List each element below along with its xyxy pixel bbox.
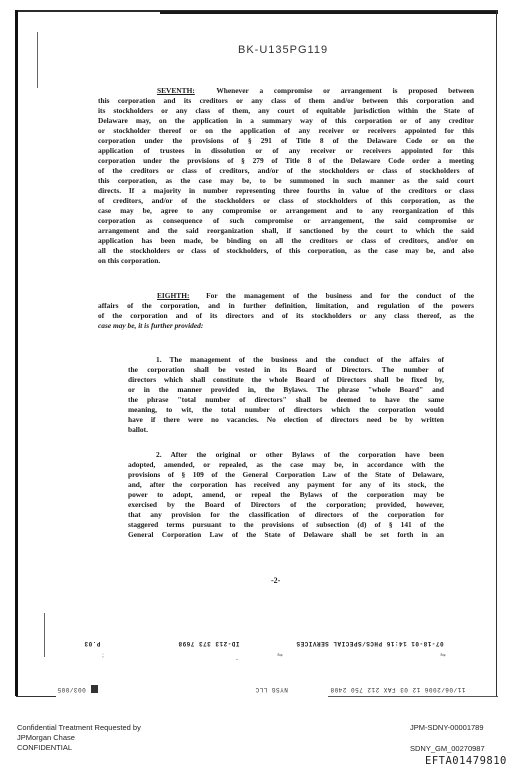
seventh-line: application of trustees in dissolution o… bbox=[98, 146, 474, 155]
seventh-line: Delaware may, on the application in a su… bbox=[98, 116, 474, 125]
item2-line: and, after the corporation has received … bbox=[128, 480, 444, 489]
item2-line: staggered terms pursuant to the provisio… bbox=[128, 520, 444, 529]
scan-speck: ⇋ bbox=[277, 651, 283, 659]
fax-page-number: P.03 bbox=[84, 640, 100, 647]
seventh-line: application has been made, be binding on… bbox=[98, 236, 474, 245]
fax-sender-header: 07-18-01 14:16 PHCS/SPECIAL SERVICES bbox=[296, 640, 444, 647]
margin-mark-top bbox=[37, 32, 38, 88]
page-frame-left bbox=[15, 10, 18, 696]
seventh-line: of the creditors or class of creditors, … bbox=[98, 166, 474, 175]
page-number: -2- bbox=[271, 576, 280, 585]
book-page-stamp: BK-U135PG119 bbox=[238, 44, 328, 56]
fax-logo-icon bbox=[91, 685, 98, 693]
seventh-line: arrangement and the said reorganization … bbox=[98, 226, 474, 235]
seventh-line: directs. If a majority in number represe… bbox=[98, 186, 474, 195]
bates-number-1: JPM-SDNY-00001789 bbox=[410, 723, 484, 733]
page-frame-right bbox=[496, 10, 497, 696]
seventh-line: corporation under the provisions of § 27… bbox=[98, 156, 474, 165]
confidential-request-line: Confidential Treatment Requested by bbox=[17, 723, 141, 733]
eighth-first-line: EIGHTH: For the management of the busine… bbox=[157, 291, 474, 300]
item1-line: the phrase "total number of directors" s… bbox=[128, 395, 444, 404]
seventh-line: this corporation and its creditors or an… bbox=[98, 96, 474, 105]
confidential-label: CONFIDENTIAL bbox=[17, 743, 141, 753]
item2-line: General Corporation Law of the State of … bbox=[128, 530, 444, 539]
item2-line: power to adopt, amend, or repeal the Byl… bbox=[128, 490, 444, 499]
item1-line: the corporation shall be vested in its B… bbox=[128, 365, 444, 374]
scan-speck: - bbox=[236, 655, 238, 663]
seventh-line: corporation under the provisions of § 29… bbox=[98, 136, 474, 145]
seventh-first-line: SEVENTH: Whenever a compromise or arrang… bbox=[157, 86, 474, 95]
fax-page-count: 003/005 bbox=[57, 686, 86, 693]
eighth-line: affairs of the corporation, and in furth… bbox=[98, 301, 474, 310]
seventh-line: corporation as consequence of such compr… bbox=[98, 216, 474, 225]
fax-phone-id: ID-213 373 7698 bbox=[178, 640, 240, 647]
page-frame-bottom-left bbox=[16, 696, 56, 697]
bates-number-2: SDNY_GM_00270987 bbox=[410, 744, 485, 754]
item2-line: exercised by the Board of Directors of t… bbox=[128, 500, 444, 509]
scan-speck: ⇋ bbox=[440, 651, 446, 659]
confidential-footer: Confidential Treatment Requested by JPMo… bbox=[17, 723, 141, 753]
eighth-line: of the corporation and of its directors … bbox=[98, 311, 474, 320]
item2-line: provisions of § 109 of the General Corpo… bbox=[128, 470, 444, 479]
item2-line: 2. After the original or other Bylaws of… bbox=[156, 450, 444, 459]
margin-mark-bottom bbox=[44, 613, 45, 657]
seventh-line: all the stockholders or class of stockho… bbox=[98, 246, 474, 255]
item1-line: meaning, to wit, the total number of dir… bbox=[128, 405, 444, 414]
seventh-line: case may be, agree to any compromise or … bbox=[98, 206, 474, 215]
seventh-line: on this corporation. bbox=[98, 256, 160, 265]
item1-line: have if there were no vacancies. No elec… bbox=[128, 415, 444, 424]
eighth-line: case may be, it is further provided: bbox=[98, 321, 203, 330]
item1-line: 1. The management of the business and th… bbox=[156, 355, 444, 364]
seventh-line: or stockholder thereof or on the applica… bbox=[98, 126, 474, 135]
fax-datetime-header: 11/06/2006 12 03 FAX 212 750 2408 bbox=[330, 686, 465, 693]
efta-number: EFTA01479810 bbox=[425, 755, 507, 767]
fax-sender-name: NYSG LLC bbox=[255, 686, 288, 693]
page-frame-bottom-right bbox=[328, 696, 498, 697]
company-name: JPMorgan Chase bbox=[17, 733, 141, 743]
item2-line: adopted, amended, or repealed, as the ca… bbox=[128, 460, 444, 469]
eighth-heading: EIGHTH: bbox=[157, 291, 189, 300]
scan-speck: ; bbox=[102, 651, 104, 659]
seventh-line: this corporation, as the case may be, to… bbox=[98, 176, 474, 185]
item1-line: or in the manner provided in, the Bylaws… bbox=[128, 385, 444, 394]
page-frame-top-shadow bbox=[160, 11, 498, 14]
seventh-line: of creditors, and/or of the stockholders… bbox=[98, 196, 474, 205]
item2-line: that any provision for the classificatio… bbox=[128, 510, 444, 519]
seventh-line: its stockholders or any class of them, a… bbox=[98, 106, 474, 115]
item1-line: ballot. bbox=[128, 425, 148, 434]
item1-line: directors which shall constitute the who… bbox=[128, 375, 444, 384]
seventh-heading: SEVENTH: bbox=[157, 86, 195, 95]
